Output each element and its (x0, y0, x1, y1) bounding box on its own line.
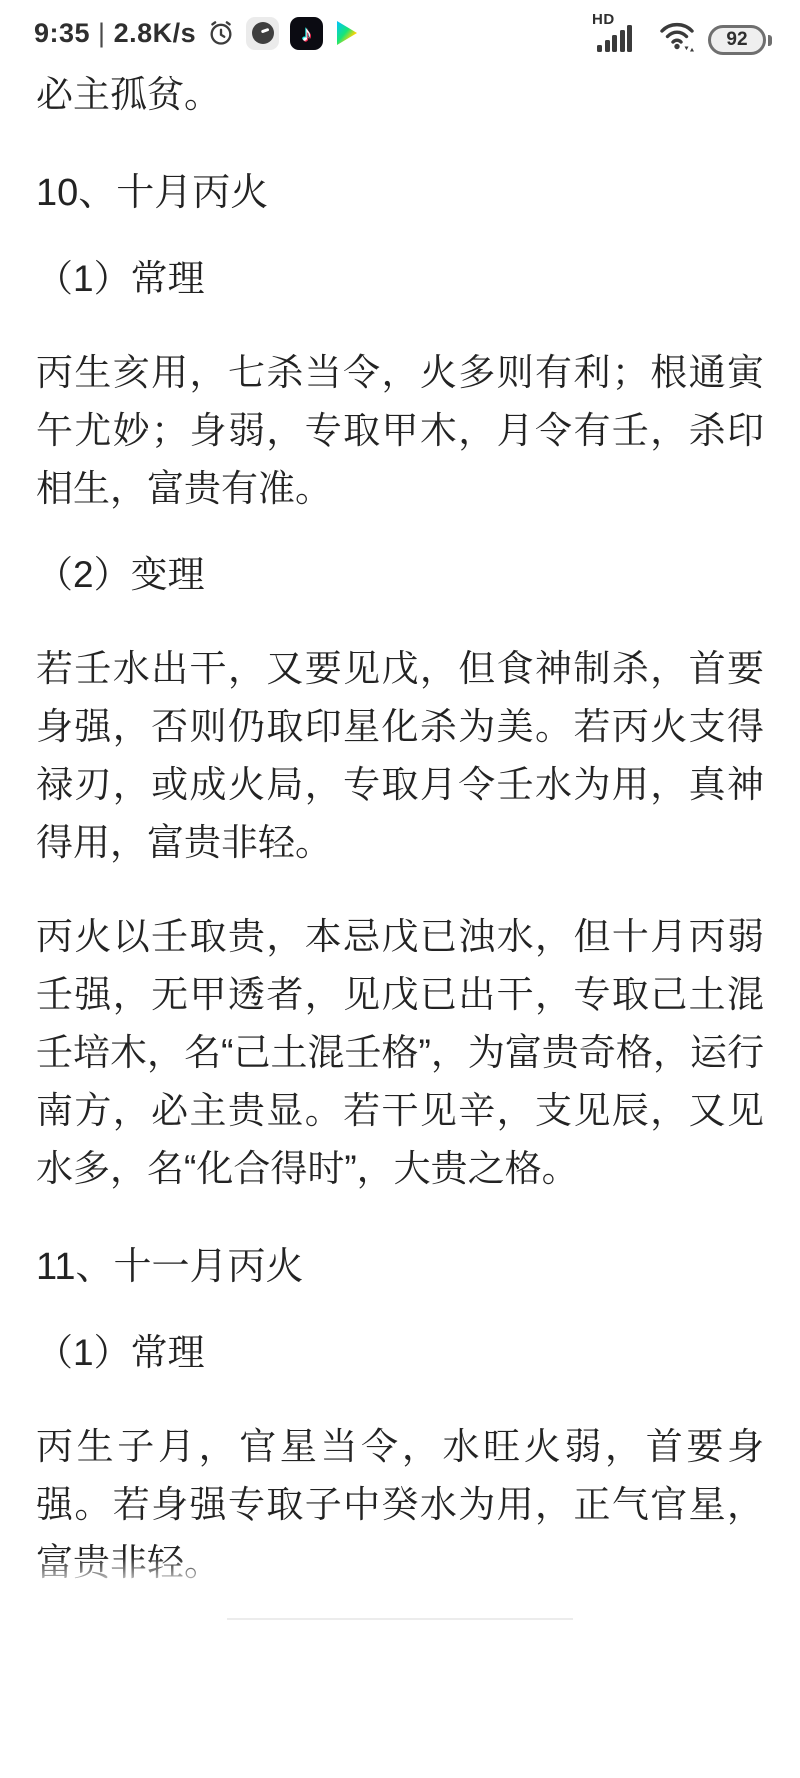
reader-page[interactable]: 必主孤贫。 10、十月丙火 （1）常理 丙生亥用，七杀当令，火多则有利；根通寅午… (0, 66, 800, 1620)
battery-indicator: 92 (708, 25, 772, 55)
subsection-10-2-label: （2）变理 (36, 546, 764, 604)
paragraph-10-2b: 丙火以壬取贵，本忌戊已浊水，但十月丙弱壬强，无甲透者，见戊已出干，专取己土混壬培… (36, 908, 764, 1198)
network-speed: 2.8K/s (114, 18, 197, 49)
status-separator: | (98, 18, 106, 49)
paragraph-10-1: 丙生亥用，七杀当令，火多则有利；根通寅午尤妙；身弱，专取甲木，月令有壬，杀印相生… (36, 344, 764, 518)
alarm-clock-icon (207, 19, 235, 47)
section-heading-10: 10、十月丙火 (36, 164, 764, 222)
last-paragraph-wrap: 丙生子月，官星当令，水旺火弱，首要身强。若身强专取子中癸水为用，正气官星，富贵非… (36, 1418, 764, 1592)
play-store-icon (334, 19, 360, 47)
status-text: 9:35 | 2.8K/s (34, 18, 196, 49)
douyin-app-icon: ♪ (290, 17, 323, 50)
signal-bars (597, 25, 632, 52)
battery-icon: 92 (708, 25, 766, 55)
subsection-10-1-label: （1）常理 (36, 250, 764, 308)
battery-nub (768, 35, 772, 46)
clock-time: 9:35 (34, 18, 90, 49)
recorder-app-icon (246, 17, 279, 50)
section-heading-11: 11、十一月丙火 (36, 1238, 764, 1296)
wifi-icon (658, 15, 696, 55)
paragraph-10-2a: 若壬水出干，又要见戊，但食神制杀，首要身强，否则仍取印星化杀为美。若丙火支得禄刃… (36, 640, 764, 872)
signal-strength-icon: HD (592, 11, 646, 55)
battery-percent: 92 (726, 29, 747, 51)
status-bar-left: 9:35 | 2.8K/s ♪ (34, 17, 360, 50)
subsection-11-1-label: （1）常理 (36, 1324, 764, 1382)
paragraph-intro: 必主孤贫。 (36, 66, 764, 124)
status-bar-right: HD 92 (592, 11, 772, 55)
paragraph-11-1: 丙生子月，官星当令，水旺火弱，首要身强。若身强专取子中癸水为用，正气官星，富贵非… (36, 1418, 764, 1592)
status-bar: 9:35 | 2.8K/s ♪ (0, 0, 800, 58)
content-divider (227, 1618, 573, 1620)
recorder-dot (252, 22, 274, 44)
